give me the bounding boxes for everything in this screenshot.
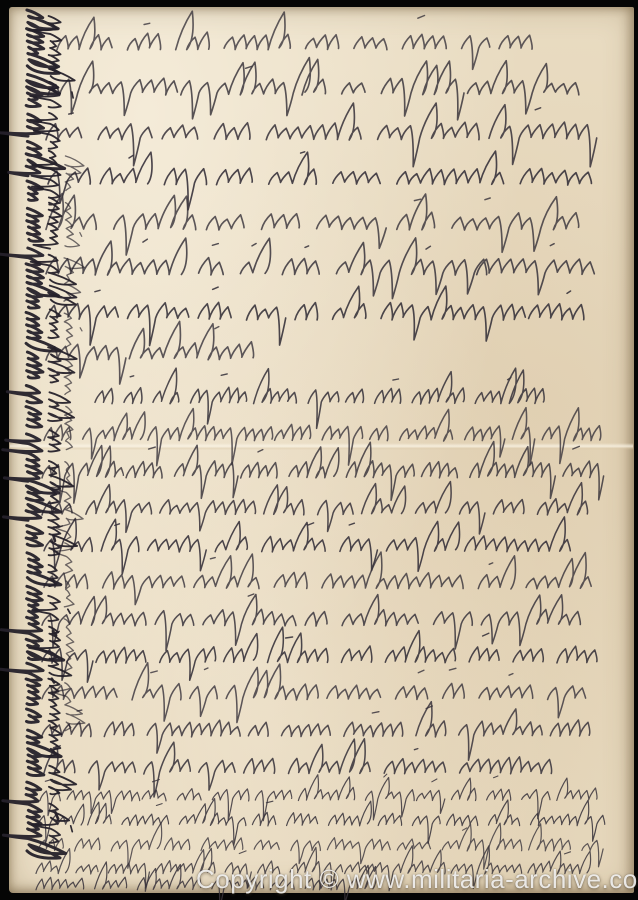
letter-page <box>9 7 634 893</box>
watermark-text: Copyright © www.militaria-archive.com <box>196 864 638 895</box>
scanned-letter: Copyright © www.militaria-archive.com <box>0 0 638 900</box>
